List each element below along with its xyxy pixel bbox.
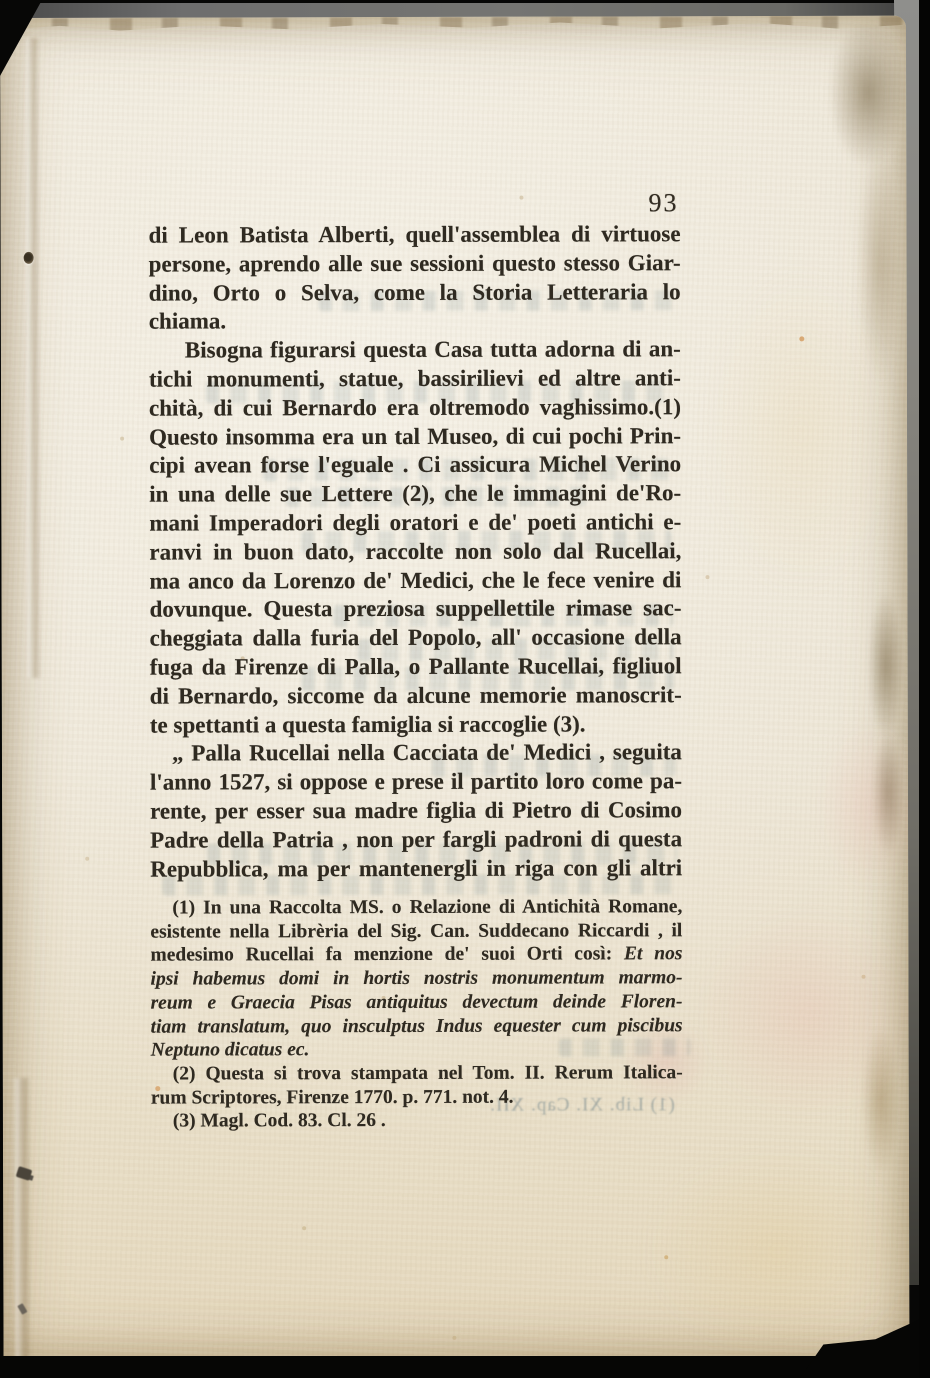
text-line: reum e Graecia Pisas antiquitus devectum… (151, 990, 683, 1015)
footnote-latin-italic: reum e Graecia Pisas antiquitus devectum… (151, 991, 683, 1013)
text-line: in una delle sue Lettere (2), che le imm… (149, 479, 681, 509)
text-line: l'anno 1527, si oppose e prese il partit… (150, 767, 682, 797)
text-line: Bisogna figurarsi questa Casa tutta ador… (149, 335, 681, 365)
footnote-latin-italic: tiam translatum, quo insculptus Indus eq… (151, 1015, 683, 1037)
text-line: „ Palla Rucellai nella Cacciata de' Medi… (150, 739, 682, 769)
text-line: ma anco da Lorenzo de' Medici, che le fe… (149, 566, 681, 596)
footnote-text: medesimo Rucellai fa menzione de' suoi O… (150, 944, 624, 966)
text-line: mani Imperadori degli oratori e de' poet… (149, 508, 681, 538)
text-line: ranvi in buon dato, raccolte non solo da… (149, 537, 681, 567)
text-line: (2) Questa si trova stampata nel Tom. II… (151, 1061, 683, 1086)
text-line: cipi avean forse l'eguale . Ci assicura … (149, 451, 681, 481)
photo-crop-right (919, 0, 930, 1378)
text-line: dino, Orto o Selva, come la Storia Lette… (149, 278, 681, 308)
printed-content: 93 di Leon Batista Alberti, quell'assemb… (0, 16, 910, 1362)
text-line: Padre della Patria , non per fargli padr… (150, 825, 682, 855)
footnotes: (1) In una Raccolta MS. o Relazione di A… (150, 895, 683, 1133)
text-line: fuga da Firenze di Palla, o Pallante Ruc… (150, 652, 682, 682)
text-line: tichi monumenti, statue, bassirilievi ed… (149, 364, 681, 394)
text-line: cheggiata dalla furia del Popolo, all' o… (150, 623, 682, 653)
footnote-latin-italic: Neptuno dicatus ec. (151, 1039, 310, 1060)
text-line: ipsi habemus domi in hortis nostris monu… (150, 966, 682, 991)
text-line: chiama. (149, 307, 681, 337)
text-line: Neptuno dicatus ec. (151, 1037, 683, 1062)
footnote-text: esistente nella Librèria del Sig. Can. S… (150, 920, 682, 942)
text-line: rum Scriptores, Firenze 1770. p. 771. no… (151, 1085, 683, 1110)
text-line: (3) Magl. Cod. 83. Cl. 26 . (151, 1109, 683, 1134)
text-line: (1) In una Raccolta MS. o Relazione di A… (150, 895, 682, 920)
text-line: persone, aprendo alle sue sessioni quest… (149, 249, 681, 279)
footnote-latin-italic: ipsi habemus domi in hortis nostris monu… (150, 967, 682, 989)
text-line: Questo insomma era un tal Museo, di cui … (149, 422, 681, 452)
text-line: tiam translatum, quo insculptus Indus eq… (151, 1014, 683, 1039)
text-line: esistente nella Librèria del Sig. Can. S… (150, 919, 682, 944)
text-line: chità, di cui Bernardo era oltremodo vag… (149, 393, 681, 423)
footnote-latin-italic: Et nos (624, 944, 682, 965)
text-line: te spettanti a questa famiglia si raccog… (150, 710, 682, 740)
scanned-book-photo: (1) Lib. XI. Cap. XII. 93 di Leon Batist… (0, 0, 930, 1378)
text-line: di Leon Batista Alberti, quell'assemblea… (149, 220, 681, 250)
text-line: Repubblica, ma per mantenergli in riga c… (150, 854, 682, 884)
book-page: (1) Lib. XI. Cap. XII. 93 di Leon Batist… (0, 16, 910, 1362)
page-number: 93 (148, 188, 678, 219)
text-line: rente, per esser sua madre figlia di Pie… (150, 796, 682, 826)
photo-crop-bottom (0, 1356, 930, 1378)
footnote-text: rum Scriptores, Firenze 1770. p. 771. no… (151, 1086, 514, 1108)
footnote-text: (3) Magl. Cod. 83. Cl. 26 . (173, 1110, 386, 1132)
text-line: dovunque. Questa preziosa suppellettile … (150, 595, 682, 625)
text-line: di Bernardo, siccome da alcune memorie m… (150, 681, 682, 711)
text-line: medesimo Rucellai fa menzione de' suoi O… (150, 943, 682, 968)
main-text: di Leon Batista Alberti, quell'assemblea… (149, 220, 683, 884)
footnote-text: (1) In una Raccolta MS. o Relazione di A… (172, 896, 682, 918)
footnote-text: (2) Questa si trova stampata nel Tom. II… (173, 1062, 683, 1084)
